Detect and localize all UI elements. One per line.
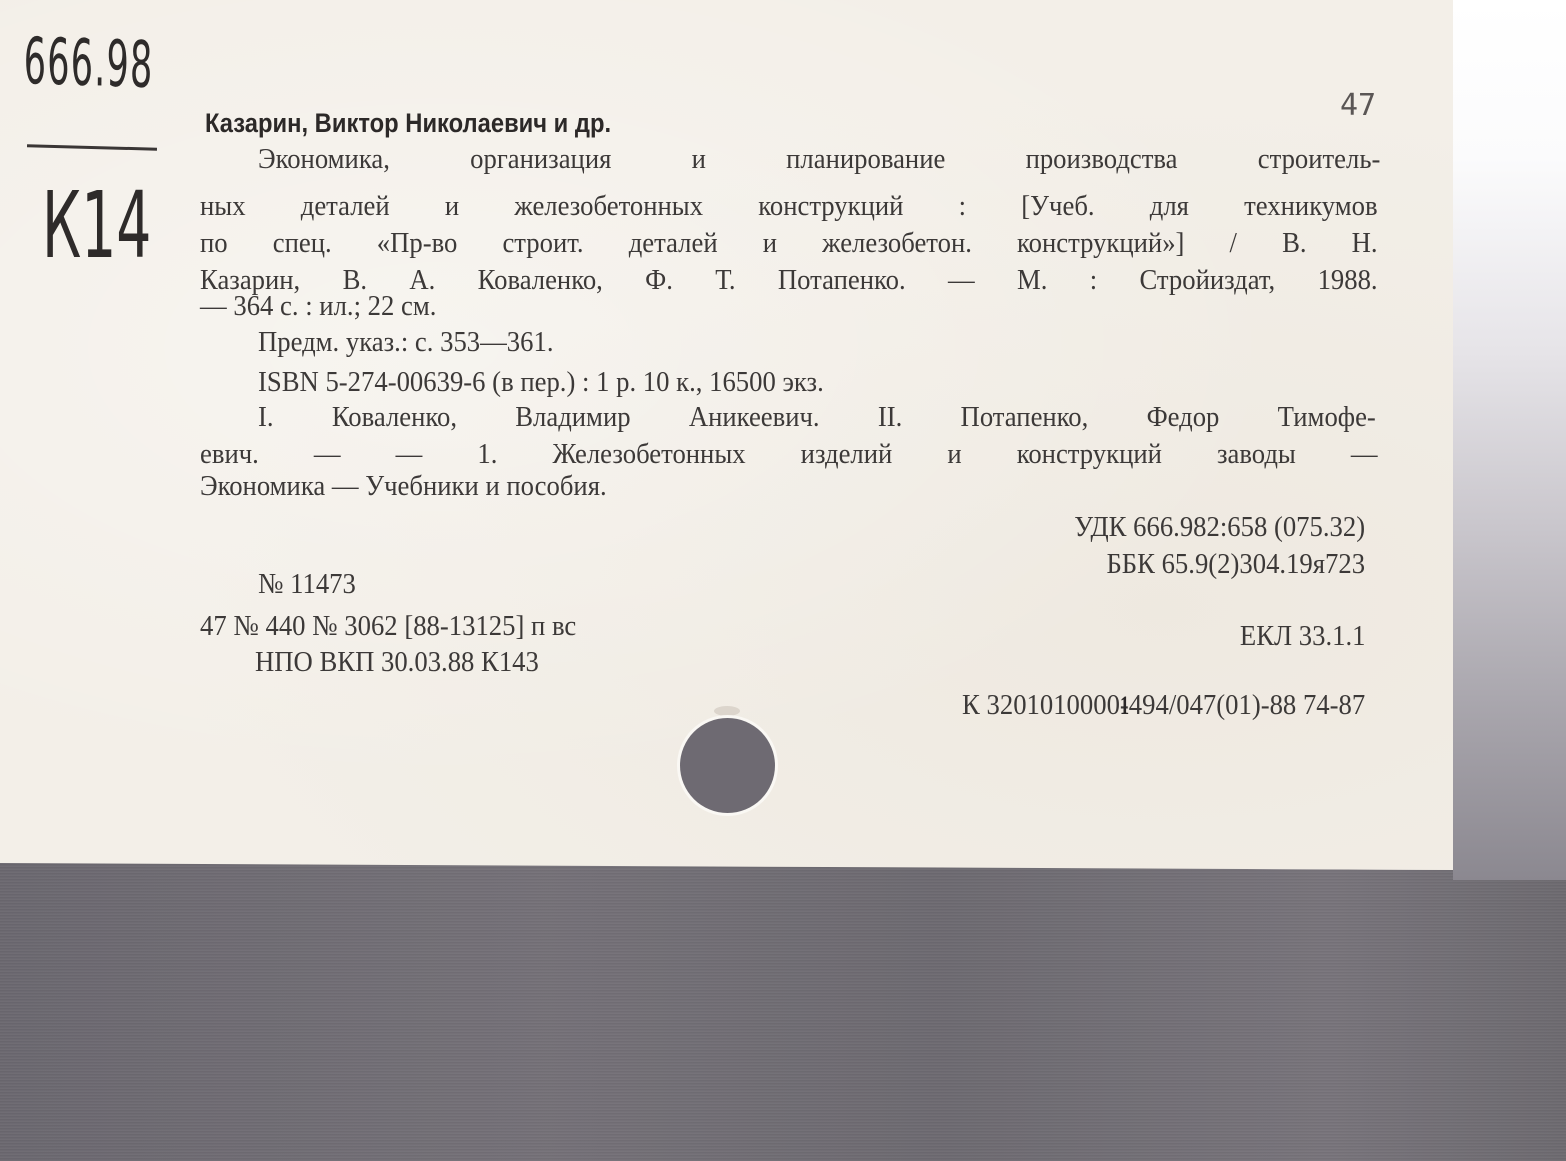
card-number: № 11473 (258, 570, 356, 599)
description-line-5: — 364 с. : ил.; 22 см. (200, 292, 436, 321)
hole-tear-mark (714, 706, 740, 716)
tracing-line-3: Экономика — Учебники и пособия. (200, 472, 607, 501)
isbn-line: ISBN 5-274-00639-6 (в пер.) : 1 р. 10 к.… (258, 368, 824, 397)
description-line-3: по спец. «Пр-во строит. деталей и железо… (200, 229, 1378, 258)
tracing-line-2: евич. — — 1. Железобетонных изделий и ко… (200, 440, 1378, 469)
print-info-line: 47 № 440 № 3062 [88-13125] п вс (200, 612, 576, 641)
author-heading: Казарин, Виктор Николаевич и др. (205, 110, 611, 137)
publisher-date-line: НПО ВКП 30.03.88 К143 (255, 648, 539, 677)
catalog-code: К 3201010000-494/047(01)-88 74-87 (962, 691, 1365, 720)
description-line-1: Экономика, организация и планирование пр… (258, 145, 1380, 174)
corner-number: 47 (1340, 88, 1376, 123)
handwritten-author-mark: К14 (42, 180, 151, 272)
backing-sheet (1453, 0, 1566, 880)
udc-code: УДК 666.982:658 (075.32) (1074, 513, 1365, 542)
subject-index-note: Предм. указ.: с. 353—361. (258, 328, 554, 357)
card-punch-hole (680, 718, 775, 813)
bbk-code: ББК 65.9(2)304.19я723 (1106, 550, 1365, 579)
description-line-2: ных деталей и железобетонных конструкций… (200, 192, 1378, 221)
ekl-code: ЕКЛ 33.1.1 (1239, 622, 1365, 651)
handwritten-classification-code: 666.98 (23, 30, 153, 98)
library-catalog-card: 666.98 К14 47 Казарин, Виктор Николаевич… (0, 0, 1453, 870)
overprint-correction-mark: 1 (1120, 691, 1129, 721)
handwritten-divider-line (27, 144, 157, 150)
tracing-line-1: I. Коваленко, Владимир Аникеевич. II. По… (258, 403, 1376, 432)
